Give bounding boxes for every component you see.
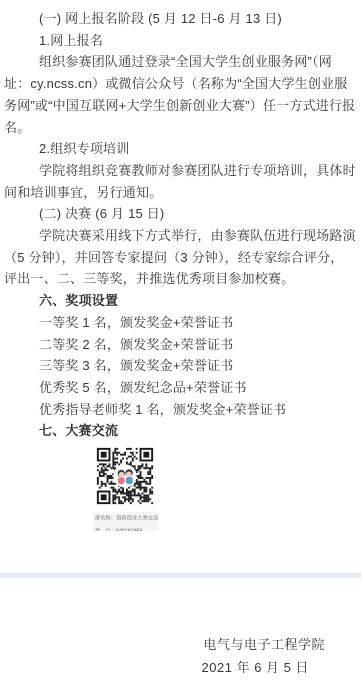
paragraph: 三等奖 3 名，颁发奖金+荣誉证书	[4, 355, 356, 377]
document-page-2: 电气与电子工程学院 2021 年 6 月 5 日	[0, 578, 361, 681]
paragraph: (一) 网上报名阶段 (5 月 12 日-6 月 13 日)	[4, 8, 356, 30]
paragraph: 1.网上报名	[4, 30, 356, 52]
paragraph: 组织参赛团队通过登录“全国大学生创业服务网”（网址：cy.ncss.cn）或微信…	[4, 51, 356, 138]
qr-group-name: 群名称：创新创业大赛交流群	[95, 515, 156, 521]
paragraph: (二) 决赛 (6 月 15 日)	[4, 203, 356, 225]
qr-code-image	[93, 444, 157, 508]
paragraph: 2.组织专项培训	[4, 138, 356, 160]
qr-group-number: 群 号：640181856	[95, 528, 156, 531]
signature-block: 电气与电子工程学院 2021 年 6 月 5 日	[0, 633, 361, 679]
document-page-1: (一) 网上报名阶段 (5 月 12 日-6 月 13 日)1.网上报名组织参赛…	[0, 0, 361, 573]
paragraph: 二等奖 2 名，颁发奖金+荣誉证书	[4, 334, 356, 356]
section-heading: 六、奖项设置	[4, 290, 356, 312]
paragraph: 优秀指导老师奖 1 名，颁发奖金+荣誉证书	[4, 399, 356, 421]
paragraph: 一等奖 1 名，颁发奖金+荣誉证书	[4, 312, 356, 334]
section-heading: 七、大赛交流	[4, 420, 356, 442]
signature-date: 2021 年 6 月 5 日	[0, 656, 361, 679]
signature-organization: 电气与电子工程学院	[0, 633, 361, 656]
qr-caption-box: 群名称：创新创业大赛交流群 群 号：640181856	[93, 512, 158, 531]
paragraph: 学院将组织竞赛教师对参赛团队进行专项培训，具体时间和培训事宜，另行通知。	[4, 160, 356, 203]
qq-group-qr-card: 群名称：创新创业大赛交流群 群 号：640181856	[93, 444, 159, 531]
paragraph: 学院决赛采用线下方式举行，由参赛队伍进行现场路演（5 分钟），并回答专家提问（3…	[4, 225, 356, 290]
paragraph: 优秀奖 5 名，颁发纪念品+荣誉证书	[4, 377, 356, 399]
document-body: (一) 网上报名阶段 (5 月 12 日-6 月 13 日)1.网上报名组织参赛…	[4, 8, 356, 442]
